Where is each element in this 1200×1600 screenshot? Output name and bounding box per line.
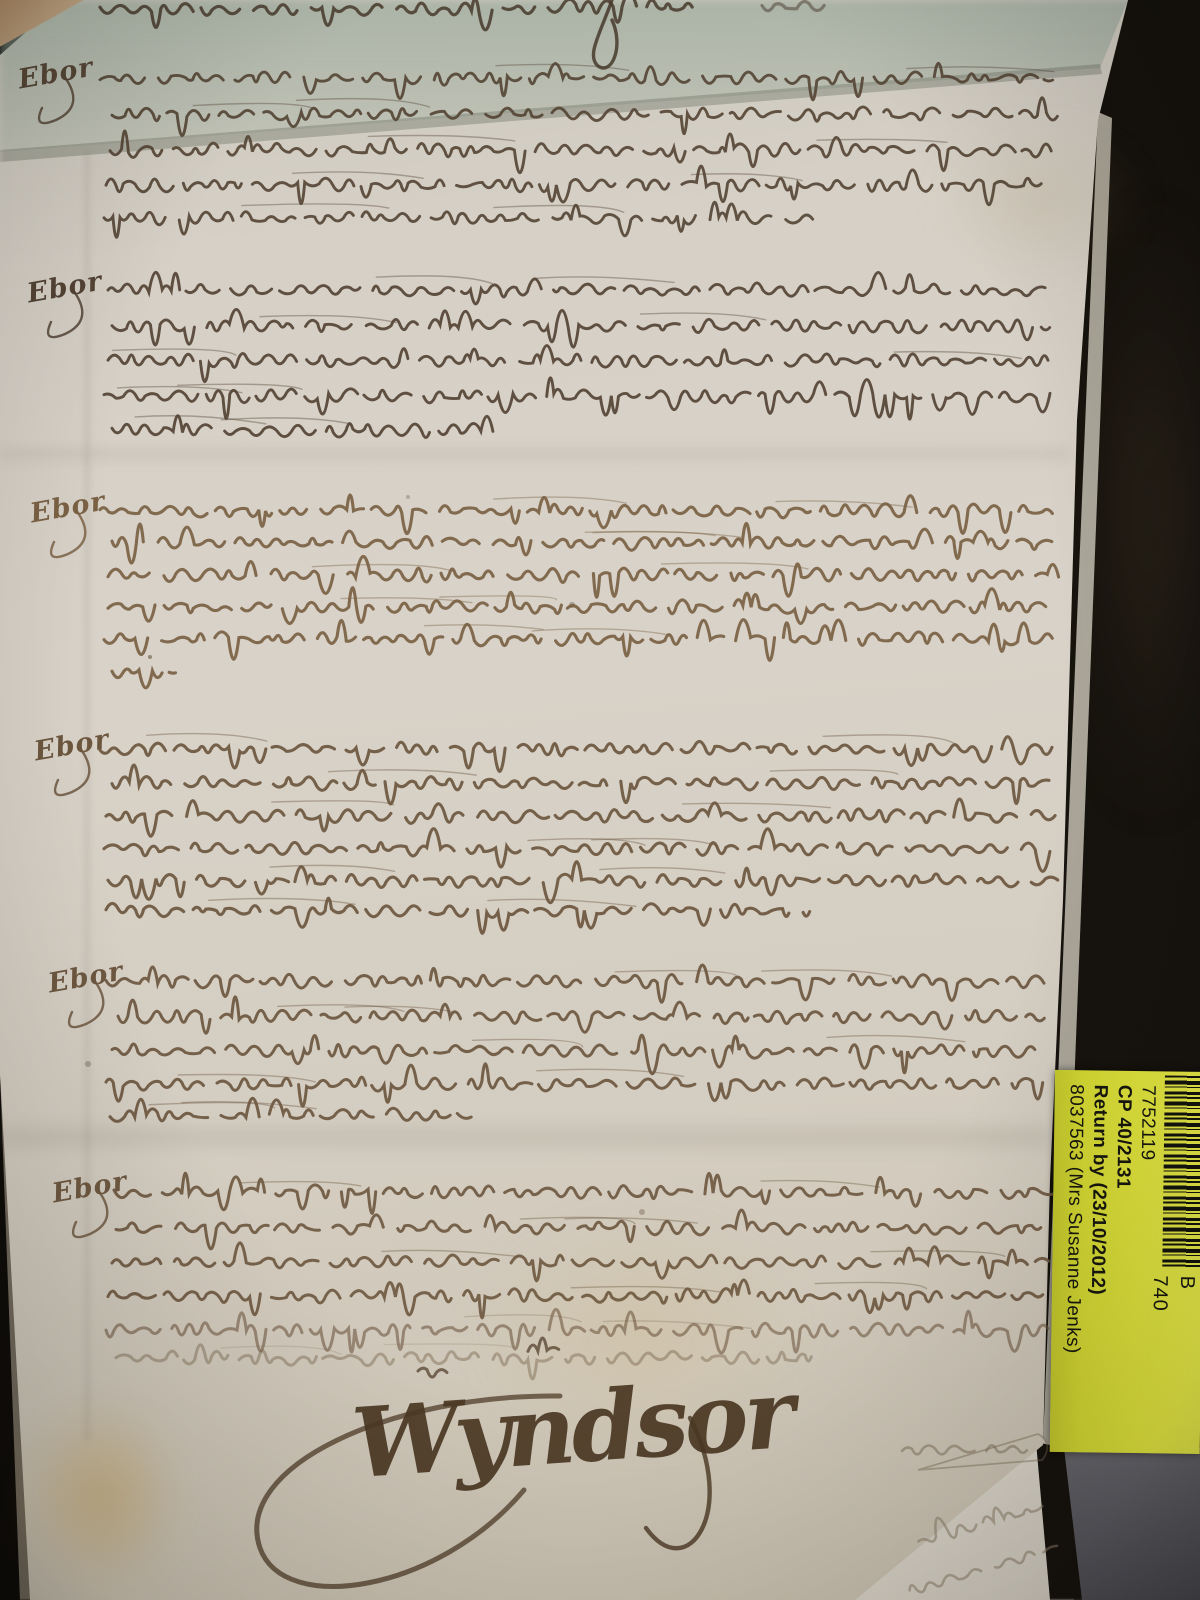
manuscript-photo: EborEborEborEborEborEbor Wyndsor B 740 7… bbox=[0, 0, 1200, 1600]
photo-vignette bbox=[0, 0, 1200, 1600]
